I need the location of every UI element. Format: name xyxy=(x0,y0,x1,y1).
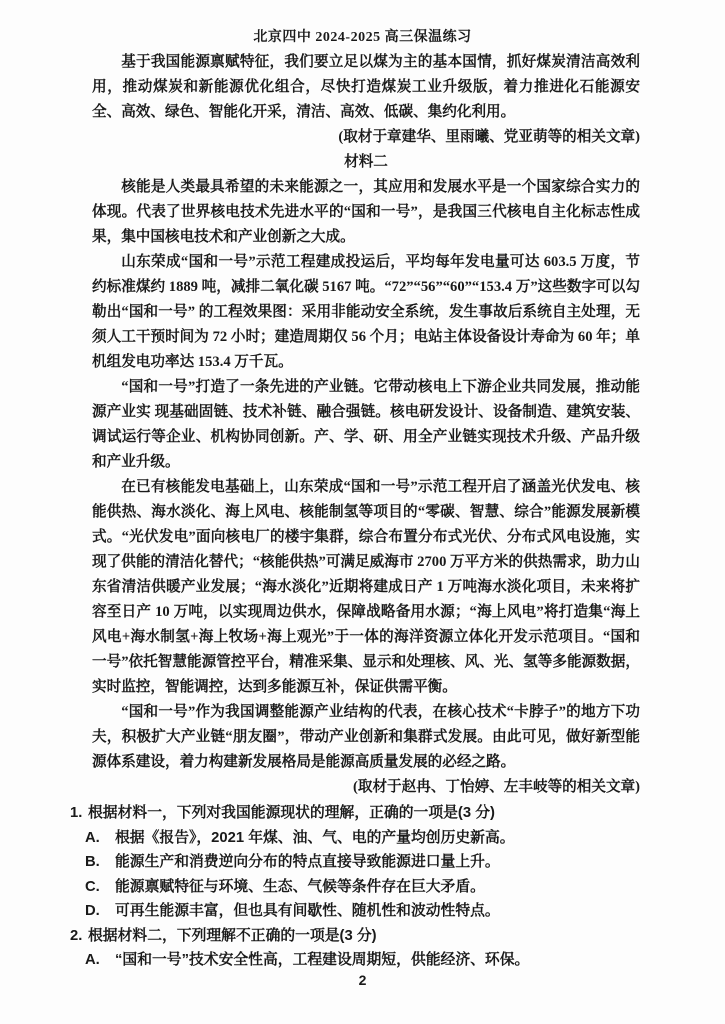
page-number: 2 xyxy=(0,972,725,988)
question-1-option-c-text: 能源禀赋特征与环境、生态、气候等条件存在巨大矛盾。 xyxy=(115,875,645,900)
question-1-option-a-text: 根据《报告》，2021 年煤、油、气、电的产量均创历史新高。 xyxy=(115,826,645,851)
question-2-option-a: A. “国和一号”技术安全性高，工程建设周期短，供能经济、环保。 xyxy=(70,948,645,973)
material-two-paragraph-3: “国和一号”打造了一条先进的产业链。它带动核电上下游企业共同发展，推动能源产业实… xyxy=(92,375,640,475)
question-2-stem: 根据材料二，下列理解不正确的一项是(3 分) xyxy=(88,924,645,949)
material-two-paragraph-2: 山东荣成“国和一号”示范工程建成投运后，平均每年发电量可达 603.5 万度，节… xyxy=(92,250,640,375)
exam-paper-page: 北京四中 2024-2025 高三保温练习 基于我国能源禀赋特征，我们要立足以煤… xyxy=(0,0,725,1024)
question-1-option-c: C. 能源禀赋特征与环境、生态、气候等条件存在巨大矛盾。 xyxy=(70,875,645,900)
question-1: 1. 根据材料一，下列对我国能源现状的理解，正确的一项是(3 分) xyxy=(70,801,645,826)
questions-section: 1. 根据材料一，下列对我国能源现状的理解，正确的一项是(3 分) A. 根据《… xyxy=(70,801,645,973)
reading-materials: 基于我国能源禀赋特征，我们要立足以煤为主的基本国情，抓好煤炭清洁高效利用，推动煤… xyxy=(92,50,640,800)
question-1-stem: 根据材料一，下列对我国能源现状的理解，正确的一项是(3 分) xyxy=(88,801,645,826)
question-2-number: 2. xyxy=(70,924,88,949)
material-two-attribution: (取材于赵冉、丁怡婷、左丰岐等的相关文章) xyxy=(92,775,640,800)
material-one-paragraph: 基于我国能源禀赋特征，我们要立足以煤为主的基本国情，抓好煤炭清洁高效利用，推动煤… xyxy=(92,50,640,125)
question-1-option-d-text: 可再生能源丰富，但也具有间歇性、随机性和波动性特点。 xyxy=(115,899,645,924)
material-two-heading: 材料二 xyxy=(92,150,640,175)
question-1-option-a-label: A. xyxy=(85,826,115,851)
question-1-number: 1. xyxy=(70,801,88,826)
question-1-option-c-label: C. xyxy=(85,875,115,900)
material-two-paragraph-5: “国和一号”作为我国调整能源产业结构的代表，在核心技术“卡脖子”的地方下功夫，积… xyxy=(92,700,640,775)
question-2: 2. 根据材料二，下列理解不正确的一项是(3 分) xyxy=(70,924,645,949)
question-1-option-d-label: D. xyxy=(85,899,115,924)
question-1-option-b-text: 能源生产和消费逆向分布的特点直接导致能源进口量上升。 xyxy=(115,850,645,875)
material-one-attribution: (取材于章建华、里雨曦、党亚萌等的相关文章) xyxy=(92,125,640,150)
page-content: 基于我国能源禀赋特征，我们要立足以煤为主的基本国情，抓好煤炭清洁高效利用，推动煤… xyxy=(0,50,725,973)
question-2-option-a-text: “国和一号”技术安全性高，工程建设周期短，供能经济、环保。 xyxy=(115,948,645,973)
question-1-option-a: A. 根据《报告》，2021 年煤、油、气、电的产量均创历史新高。 xyxy=(70,826,645,851)
question-1-option-d: D. 可再生能源丰富，但也具有间歇性、随机性和波动性特点。 xyxy=(70,899,645,924)
question-1-option-b-label: B. xyxy=(85,850,115,875)
question-2-option-a-label: A. xyxy=(85,948,115,973)
material-two-paragraph-1: 核能是人类最具希望的未来能源之一，其应用和发展水平是一个国家综合实力的体现。代表… xyxy=(92,175,640,250)
page-title: 北京四中 2024-2025 高三保温练习 xyxy=(0,26,725,46)
question-1-option-b: B. 能源生产和消费逆向分布的特点直接导致能源进口量上升。 xyxy=(70,850,645,875)
material-two-paragraph-4: 在已有核能发电基础上，山东荣成“国和一号”示范工程开启了涵盖光伏发电、核能供热、… xyxy=(92,475,640,700)
